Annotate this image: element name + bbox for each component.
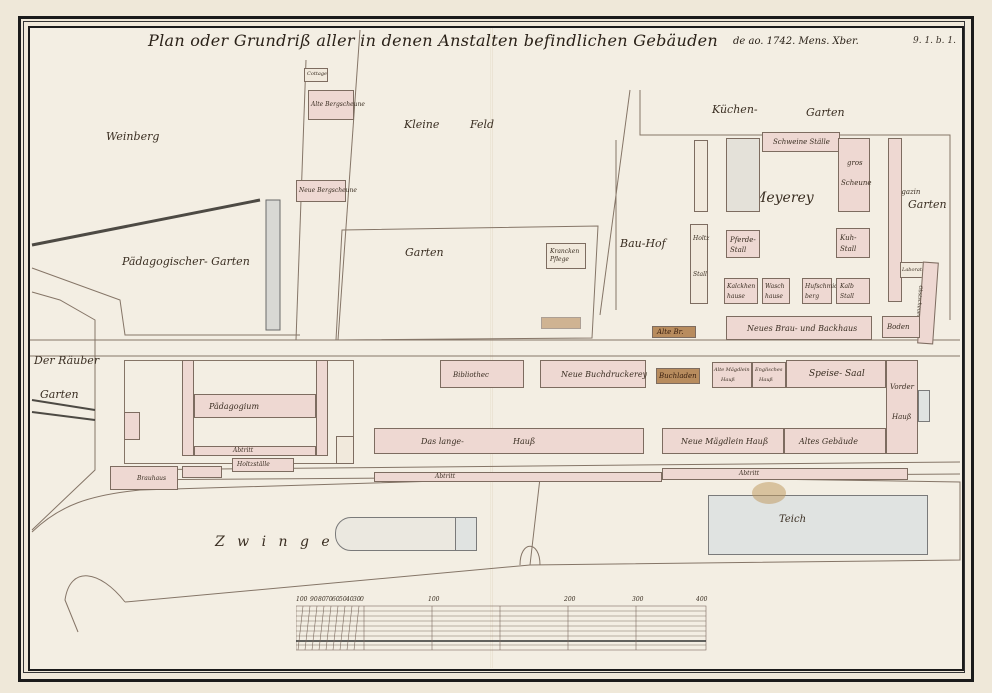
label-feld: Feld xyxy=(470,118,494,131)
label-lange: Das lange- xyxy=(421,437,464,446)
label-holtz-stall: Stall xyxy=(693,271,707,278)
building-brau-backhaus: Neues Brau- und Backhaus xyxy=(726,316,872,340)
label-brau-backhaus: Neues Brau- und Backhaus xyxy=(747,324,857,333)
building-lange-haus: Das lange- Hauß xyxy=(374,428,644,454)
building-west-wing xyxy=(694,140,708,212)
label-altes-gebaeude: Altes Gebäude xyxy=(799,437,858,446)
label-speise-saal: Speise- Saal xyxy=(809,369,865,379)
building-alte-maegdlein: Alte Mägdlein Hauß xyxy=(712,362,752,388)
paedagogium-west-wing xyxy=(182,360,194,456)
building-cottage: Cottage xyxy=(304,68,328,82)
label-schweine-staelle: Schweine Ställe xyxy=(773,138,830,146)
building-abtritt-paed: Abtritt xyxy=(194,446,316,456)
label-wasch: Wasch xyxy=(765,283,785,290)
building-abtritt-east: Abtritt xyxy=(662,468,908,480)
building-boden: Boden xyxy=(882,316,920,338)
label-vorder: Vorder xyxy=(890,383,914,391)
label-bibliothek: Bibliothec xyxy=(453,371,489,379)
label-kuh-stall: Stall xyxy=(840,245,856,253)
label-scheune: Scheune xyxy=(841,179,872,187)
building-holtzstaelle: Holtzställe xyxy=(232,458,294,472)
label-paedagogischer-garten: Pädagogischer- Garten xyxy=(122,255,250,268)
building-abtritt-west: Abtritt xyxy=(374,472,662,482)
label-waschhaus: hause xyxy=(765,293,783,300)
building-shed xyxy=(182,466,222,478)
label-kuh: Kuh- xyxy=(840,234,856,242)
building-speise-saal: Speise- Saal xyxy=(786,360,886,388)
label-meyerey: Meyerey xyxy=(752,190,814,206)
building-holtz-stall: Holtz Stall xyxy=(690,224,708,304)
building-alte-bergscheune: Alte Bergscheune xyxy=(308,90,354,120)
label-bau-hof: Bau-Hof xyxy=(620,237,666,250)
building-hufschmiede: Hufschmid berg xyxy=(802,278,832,304)
plan-linework xyxy=(0,0,992,693)
building-small-west xyxy=(124,412,140,440)
pond-teich: Teich xyxy=(708,495,928,555)
building-grosse-scheune: gros Scheune xyxy=(838,138,870,212)
label-cottage: Cottage xyxy=(307,71,327,77)
scale-tick: 300 xyxy=(632,596,643,603)
scale-tick: 90 xyxy=(310,596,318,603)
building-neue-maegdlein: Neue Mägdlein Hauß xyxy=(662,428,784,454)
label-neue-buchdruckerei: Neue Buchdruckerey xyxy=(561,370,647,379)
vorder-haus-steps xyxy=(918,390,930,422)
label-paedagogium: Pädagogium xyxy=(209,402,259,411)
label-magazin-garten: Garten xyxy=(908,198,947,211)
label-holtzstaelle: Holtzställe xyxy=(237,461,270,468)
label-brauhaus: Brauhaus xyxy=(137,475,166,482)
building-meyerey-west xyxy=(726,138,760,212)
map-date: de ao. 1742. Mens. Xber. xyxy=(733,36,859,47)
label-vorder-haus: Hauß xyxy=(892,413,911,421)
label-gros: gros xyxy=(847,159,863,167)
label-obstscheuer: Obstscheuer xyxy=(915,285,923,317)
building-buchladen: Buchladen xyxy=(656,368,700,384)
label-lange-haus: Hauß xyxy=(513,437,535,446)
scale-tick: 100 xyxy=(296,596,307,603)
building-krancken-pflege: Krancken Pflege xyxy=(546,243,586,269)
building-kuh-stall: Kuh- Stall xyxy=(836,228,870,258)
label-abtritt-east: Abtritt xyxy=(739,470,759,477)
label-englisches-haus: Hauß xyxy=(759,377,773,383)
building-pferde-stall: Pferde- Stall xyxy=(726,230,760,258)
label-weinberg: Weinberg xyxy=(106,130,159,143)
label-kalb-stall: Stall xyxy=(840,293,854,300)
building-neue-bergscheune: Neue Bergscheune xyxy=(296,180,346,202)
building-stained xyxy=(541,317,581,329)
label-kalb: Kalb xyxy=(840,283,854,290)
label-garten: Garten xyxy=(405,246,444,259)
label-hufschmid: Hufschmid xyxy=(805,283,838,290)
label-krancken-pflege: Krancken Pflege xyxy=(550,248,586,264)
label-englisches: Englisches xyxy=(755,367,782,373)
label-alte-bergscheune: Alte Bergscheune xyxy=(311,101,365,108)
label-raeuber-garten-1: Der Räuber xyxy=(34,354,99,367)
label-kalckhaus: hause xyxy=(727,293,745,300)
scale-tick: 200 xyxy=(564,596,575,603)
label-kuechen-garten: Garten xyxy=(806,106,845,119)
label-abtritt-paed: Abtritt xyxy=(233,447,253,454)
label-alte-maegdlein-haus: Hauß xyxy=(721,377,735,383)
building-kalckhaus: Kalckhen hause xyxy=(724,278,758,304)
building-altes-gebaeude: Altes Gebäude xyxy=(784,428,886,454)
label-raeuber-garten-2: Garten xyxy=(40,388,79,401)
label-teich: Teich xyxy=(779,514,806,525)
building-brauhaus: Brauhaus xyxy=(110,466,178,490)
water-stain xyxy=(752,482,786,504)
label-buchladen: Buchladen xyxy=(659,372,697,380)
paedagogium-east-wing xyxy=(316,360,328,456)
label-alte-maegdlein: Alte Mägdlein xyxy=(714,367,750,373)
building-paedagogium: Pädagogium xyxy=(194,394,316,418)
scale-tick: 400 xyxy=(696,596,707,603)
zwinger-gatehouse xyxy=(455,517,477,551)
scale-bar: 100 90 80 70 60 50 40 30 0 100 200 300 4… xyxy=(296,603,710,653)
building-vorder-haus: Vorder Hauß xyxy=(886,360,918,454)
sheet-number: 9. 1. b. 1. xyxy=(913,36,956,46)
building-bibliothek: Bibliothec xyxy=(440,360,524,388)
building-schweine-staelle: Schweine Ställe xyxy=(762,132,840,152)
building-alte-brauerei: Alte Br. xyxy=(652,326,696,338)
label-boden: Boden xyxy=(887,323,910,331)
map-sheet: Plan oder Grundriß aller in denen Anstal… xyxy=(0,0,992,693)
label-kuechen: Küchen- xyxy=(712,103,758,116)
building-englisches-haus: Englisches Hauß xyxy=(752,362,786,388)
label-kalckhen: Kalckhen xyxy=(727,283,755,290)
label-abtritt-west: Abtritt xyxy=(435,473,455,480)
label-neue-bergscheune: Neue Bergscheune xyxy=(299,187,357,194)
label-zwinger: Z w i n g e r xyxy=(215,534,353,550)
building-waschhaus: Wasch hause xyxy=(762,278,790,304)
building-kalb-stall: Kalb Stall xyxy=(836,278,870,304)
label-neue-maegdlein: Neue Mägdlein Hauß xyxy=(681,437,768,446)
label-alte-brauerei: Alte Br. xyxy=(657,328,683,336)
label-holtz: Holtz xyxy=(693,235,709,242)
scale-grid xyxy=(296,603,710,653)
building-neue-buchdruckerei: Neue Buchdruckerey xyxy=(540,360,646,388)
map-title: Plan oder Grundriß aller in denen Anstal… xyxy=(148,31,718,50)
label-pferde: Pferde- xyxy=(730,236,756,244)
label-pferde-stall: Stall xyxy=(730,246,746,254)
scale-tick: 0 xyxy=(360,596,364,603)
label-hufschmiede: berg xyxy=(805,293,819,300)
building-small-east xyxy=(336,436,354,464)
scale-tick: 100 xyxy=(428,596,439,603)
label-kleine: Kleine xyxy=(404,118,439,131)
